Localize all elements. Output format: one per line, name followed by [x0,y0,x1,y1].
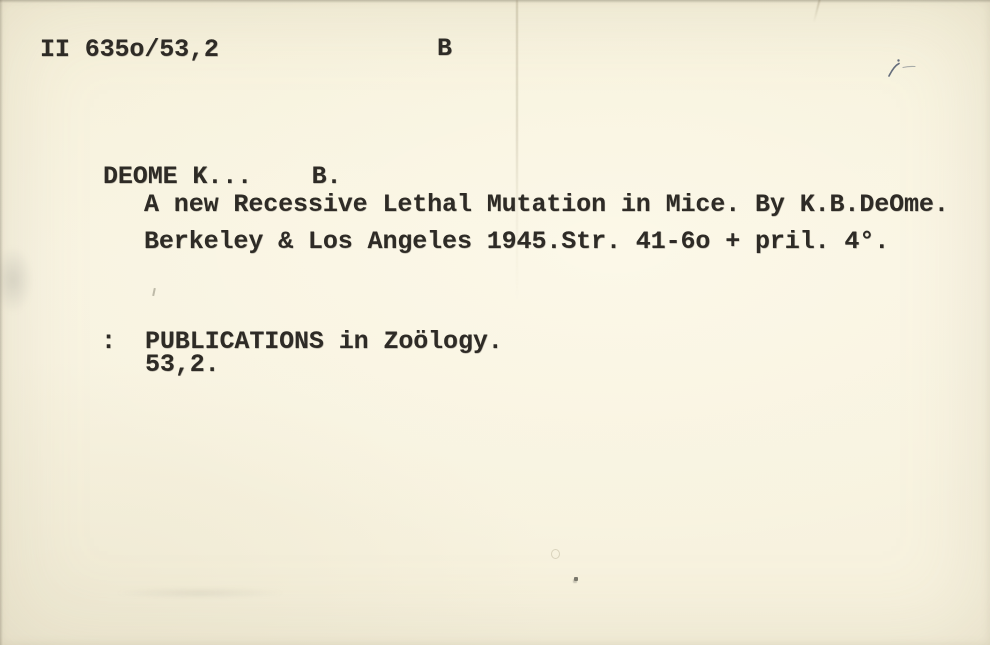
bottom-smudge [85,586,315,600]
left-edge-smudge [0,234,40,326]
stray-typewriter-tick [152,288,156,296]
diagonal-crease [813,0,821,23]
pen-squiggle-icon [882,54,924,86]
imprint-line: Berkeley & Los Angeles 1945.Str. 41-6o +… [144,229,889,255]
ink-speck [574,577,578,581]
paper-speck [551,549,560,559]
series-colon: : [101,329,116,355]
section-letter: B [437,36,452,62]
series-number: 53,2. [145,352,220,378]
call-number: II 635o/53,2 [40,37,219,63]
author-heading: DEOME K... B. [103,164,341,190]
title-line: A new Recessive Lethal Mutation in Mice.… [144,192,949,218]
catalog-card: II 635o/53,2 B DEOME K... B. A new Reces… [0,0,990,645]
